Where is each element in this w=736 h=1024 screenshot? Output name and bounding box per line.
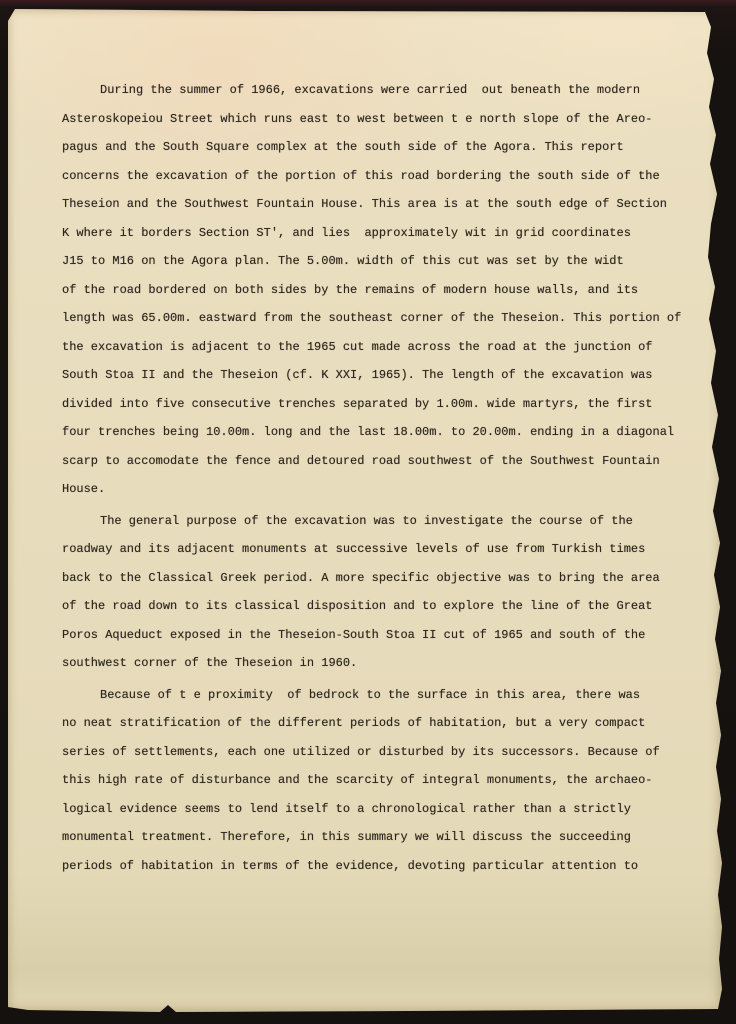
text-line: South Stoa II and the Theseion (cf. K XX…: [62, 361, 710, 390]
text-line: concerns the excavation of the portion o…: [62, 162, 710, 191]
text-line: of the road bordered on both sides by th…: [62, 276, 710, 305]
paragraph: Because of t e proximity of bedrock to t…: [62, 681, 710, 881]
text-line: divided into five consecutive trenches s…: [62, 390, 710, 419]
text-line: southwest corner of the Theseion in 1960…: [62, 649, 710, 678]
text-line: roadway and its adjacent monuments at su…: [62, 535, 710, 564]
text-line: Poros Aqueduct exposed in the Theseion-S…: [62, 621, 710, 650]
text-line: pagus and the South Square complex at th…: [62, 133, 710, 162]
text-line: During the summer of 1966, excavations w…: [62, 76, 710, 105]
paper-sheet: During the summer of 1966, excavations w…: [8, 9, 722, 1012]
text-line: Theseion and the Southwest Fountain Hous…: [62, 190, 710, 219]
text-line: Asteroskopeiou Street which runs east to…: [62, 105, 710, 134]
text-line: periods of habitation in terms of the ev…: [62, 852, 710, 881]
text-line: J15 to M16 on the Agora plan. The 5.00m.…: [62, 247, 710, 276]
text-line: logical evidence seems to lend itself to…: [62, 795, 710, 824]
text-line: K where it borders Section ST', and lies…: [62, 219, 710, 248]
paragraph: The general purpose of the excavation wa…: [62, 507, 710, 678]
text-line: scarp to accomodate the fence and detour…: [62, 447, 710, 476]
text-line: House.: [62, 475, 710, 504]
text-line: this high rate of disturbance and the sc…: [62, 766, 710, 795]
text-line: four trenches being 10.00m. long and the…: [62, 418, 710, 447]
text-line: of the road down to its classical dispos…: [62, 592, 710, 621]
text-line: series of settlements, each one utilized…: [62, 738, 710, 767]
text-line: no neat stratification of the different …: [62, 709, 710, 738]
paragraph: During the summer of 1966, excavations w…: [62, 76, 710, 504]
text-line: the excavation is adjacent to the 1965 c…: [62, 333, 710, 362]
text-line: back to the Classical Greek period. A mo…: [62, 564, 710, 593]
text-line: The general purpose of the excavation wa…: [62, 507, 710, 536]
text-line: Because of t e proximity of bedrock to t…: [62, 681, 710, 710]
scan-background: During the summer of 1966, excavations w…: [0, 0, 736, 1024]
text-line: monumental treatment. Therefore, in this…: [62, 823, 710, 852]
document-text: During the summer of 1966, excavations w…: [62, 76, 710, 880]
text-line: length was 65.00m. eastward from the sou…: [62, 304, 710, 333]
